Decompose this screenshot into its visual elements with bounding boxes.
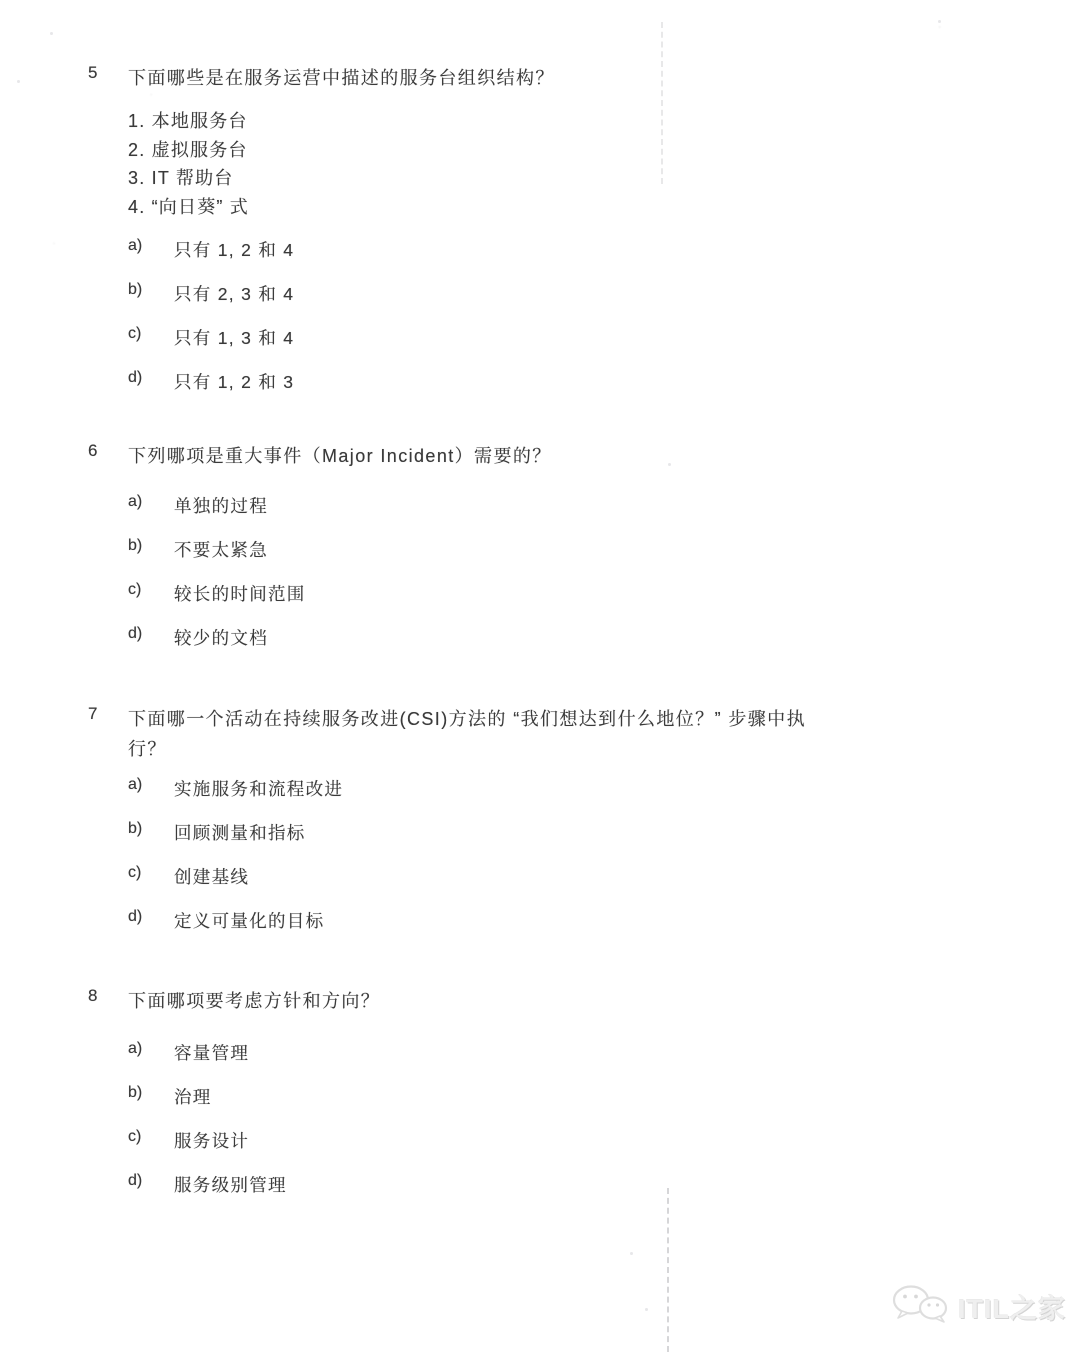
option-text: 只有 2, 3 和 4 [174,281,294,306]
scan-speckle [17,80,20,83]
list-item: 4. “向日葵” 式 [128,193,1028,222]
option-text: 单独的过程 [174,493,268,518]
question-number: 8 [88,986,128,1006]
question-header: 8 下面哪项要考虑方针和方向？ [88,986,1028,1016]
option-row: d) 较少的文档 [128,625,1028,645]
list-item: 2. 虚拟服务台 [128,136,1028,165]
scan-artifact-line [661,22,663,184]
option-row: c) 创建基线 [128,864,1028,884]
option-row: c) 只有 1, 3 和 4 [128,325,1028,345]
option-row: a) 单独的过程 [128,493,1028,513]
option-row: c) 较长的时间范围 [128,581,1028,601]
option-letter: a) [128,237,174,255]
question-text: 下列哪项是重大事件（Major Incident）需要的？ [128,441,552,471]
option-row: a) 只有 1, 2 和 4 [128,237,1028,257]
option-row: b) 回顾测量和指标 [128,820,1028,840]
option-letter: d) [128,369,174,387]
option-letter: c) [128,325,174,343]
question-header: 6 下列哪项是重大事件（Major Incident）需要的？ [88,441,1028,471]
question-text: 下面哪些是在服务运营中描述的服务台组织结构？ [128,63,555,93]
option-text: 服务级别管理 [174,1172,287,1197]
option-letter: b) [128,537,174,555]
options-group: a) 容量管理 b) 治理 c) 服务设计 d) 服务级别管理 [128,1040,1028,1192]
option-row: c) 服务设计 [128,1128,1028,1148]
option-row: b) 治理 [128,1084,1028,1104]
question-text: 下面哪项要考虑方针和方向？ [128,986,380,1016]
scan-artifact-line [667,1188,669,1352]
scan-speckle [630,1252,633,1255]
scan-speckle [938,20,941,23]
option-letter: a) [128,493,174,511]
option-text: 创建基线 [174,864,249,889]
option-letter: a) [128,776,174,794]
question-number: 5 [88,63,128,83]
question-header: 5 下面哪些是在服务运营中描述的服务台组织结构？ [88,63,1028,93]
scanned-exam-page: 5 下面哪些是在服务运营中描述的服务台组织结构？ 1. 本地服务台 2. 虚拟服… [0,0,1080,1352]
option-row: d) 定义可量化的目标 [128,908,1028,928]
option-row: a) 容量管理 [128,1040,1028,1060]
option-letter: c) [128,1128,174,1146]
question-5: 5 下面哪些是在服务运营中描述的服务台组织结构？ 1. 本地服务台 2. 虚拟服… [88,63,1028,413]
scan-speckle [668,463,671,466]
question-text: 下面哪一个活动在持续服务改进(CSI)方法的 “我们想达到什么地位？” 步骤中执… [128,704,828,764]
scan-speckle [50,32,53,35]
list-item: 3. IT 帮助台 [128,164,1028,193]
option-text: 治理 [174,1084,212,1109]
question-6: 6 下列哪项是重大事件（Major Incident）需要的？ a) 单独的过程… [88,441,1028,669]
options-group: a) 实施服务和流程改进 b) 回顾测量和指标 c) 创建基线 d) 定义可量化… [128,776,1028,928]
question-number: 7 [88,704,128,724]
option-row: b) 只有 2, 3 和 4 [128,281,1028,301]
option-letter: d) [128,625,174,643]
option-text: 较少的文档 [174,625,268,650]
option-text: 定义可量化的目标 [174,908,324,933]
watermark: ITIL之家 [888,1283,1066,1330]
options-group: a) 只有 1, 2 和 4 b) 只有 2, 3 和 4 c) 只有 1, 3… [128,237,1028,389]
wechat-icon [888,1283,952,1330]
option-text: 较长的时间范围 [174,581,306,606]
option-row: b) 不要太紧急 [128,537,1028,557]
option-letter: a) [128,1040,174,1058]
option-letter: b) [128,281,174,299]
option-text: 回顾测量和指标 [174,820,306,845]
option-text: 只有 1, 2 和 3 [174,369,294,394]
watermark-text: ITIL之家 [958,1287,1066,1326]
option-letter: c) [128,581,174,599]
options-group: a) 单独的过程 b) 不要太紧急 c) 较长的时间范围 d) 较少的文档 [128,493,1028,645]
option-letter: b) [128,820,174,838]
option-text: 服务设计 [174,1128,249,1153]
option-row: d) 服务级别管理 [128,1172,1028,1192]
option-letter: b) [128,1084,174,1102]
scan-speckle [645,1308,648,1311]
option-letter: d) [128,1172,174,1190]
option-row: d) 只有 1, 2 和 3 [128,369,1028,389]
option-letter: d) [128,908,174,926]
option-text: 只有 1, 2 和 4 [174,237,294,262]
option-text: 只有 1, 3 和 4 [174,325,294,350]
option-text: 不要太紧急 [174,537,268,562]
option-letter: c) [128,864,174,882]
question-number: 6 [88,441,128,461]
option-row: a) 实施服务和流程改进 [128,776,1028,796]
question-8: 8 下面哪项要考虑方针和方向？ a) 容量管理 b) 治理 c) 服务设计 d)… [88,986,1028,1216]
question-list: 1. 本地服务台 2. 虚拟服务台 3. IT 帮助台 4. “向日葵” 式 [128,107,1028,221]
question-7: 7 下面哪一个活动在持续服务改进(CSI)方法的 “我们想达到什么地位？” 步骤… [88,704,1028,952]
option-text: 容量管理 [174,1040,249,1065]
list-item: 1. 本地服务台 [128,107,1028,136]
option-text: 实施服务和流程改进 [174,776,343,801]
question-header: 7 下面哪一个活动在持续服务改进(CSI)方法的 “我们想达到什么地位？” 步骤… [88,704,1028,764]
